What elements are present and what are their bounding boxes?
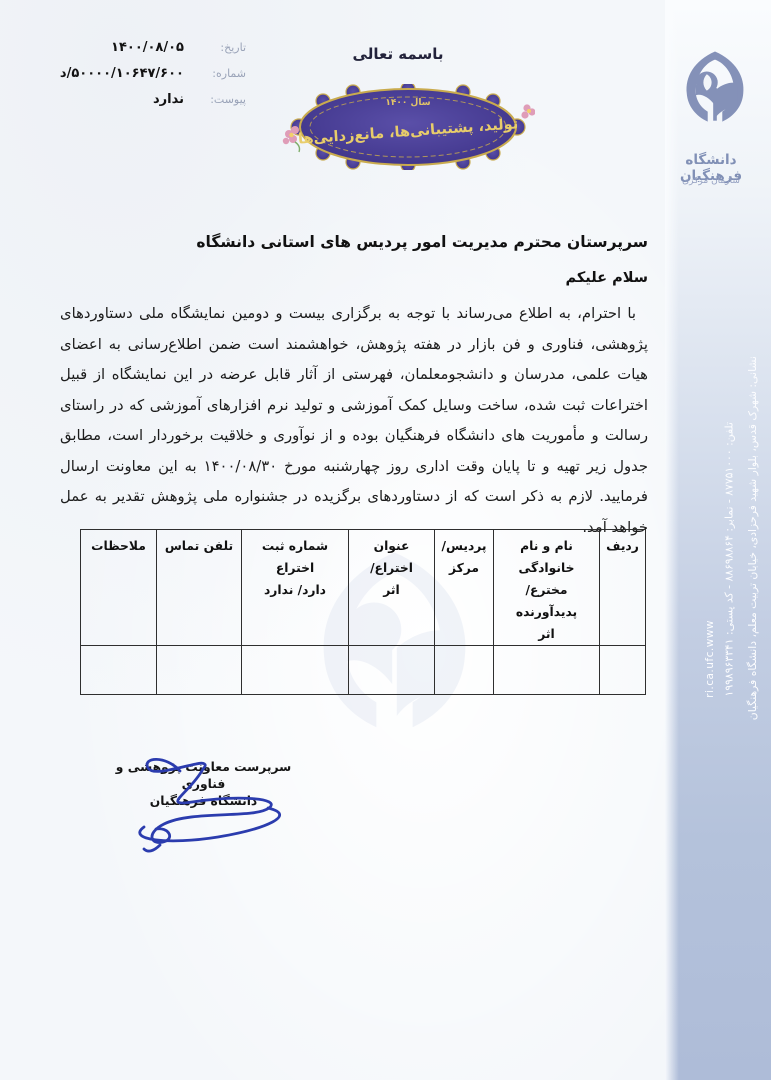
meta-date-row: تاریخ: ۱۴۰۰/۰۸/۰۵ xyxy=(28,40,246,55)
header-invention-title: عنوان اختراع/ اثر xyxy=(349,530,435,646)
letter-page: دانشگاه فرهنگیان سازمان مرکزی تاریخ: ۱۴۰… xyxy=(0,0,771,1080)
recipient-title: سرپرستان محترم مدیریت امور پردیس های است… xyxy=(60,233,648,251)
header-row-number: ردیف xyxy=(600,530,646,646)
salutation: سلام علیکم xyxy=(60,270,648,286)
number-value: د/۵۰۰۰۰/۱۰۶۴۷/۶۰۰ xyxy=(60,66,184,81)
sidebar-address: نشانی: شهرک قدس، بلوار شهید فرحزادی، خیا… xyxy=(745,356,761,720)
header-campus: پردیس/ مرکز xyxy=(435,530,494,646)
header-patent-number: شماره ثبت اختراع دارد/ ندارد xyxy=(242,530,349,646)
university-logo-icon xyxy=(674,48,756,146)
attachment-value: ندارد xyxy=(153,92,184,107)
empty-cell xyxy=(157,646,242,695)
number-label: شماره: xyxy=(194,67,246,80)
meta-attachment-row: پیوست: ندارد xyxy=(28,92,246,107)
meta-number-row: شماره: د/۵۰۰۰۰/۱۰۶۴۷/۶۰۰ xyxy=(28,66,246,81)
table-header-row: ردیف نام و نام خانوادگی مخترع/پدیدآورنده… xyxy=(81,530,646,646)
empty-cell xyxy=(494,646,600,695)
empty-cell xyxy=(600,646,646,695)
empty-cell xyxy=(81,646,157,695)
banner-year-label: سال ۱۴۰۰ xyxy=(385,98,430,108)
bismillah-text: باسمه تعالی xyxy=(328,45,468,63)
flower-left-icon xyxy=(283,126,300,152)
achievements-table-wrap: ردیف نام و نام خانوادگی مخترع/پدیدآورنده… xyxy=(80,529,645,695)
university-subtitle: سازمان مرکزی xyxy=(655,176,767,186)
header-inventor-name: نام و نام خانوادگی مخترع/پدیدآورنده اثر xyxy=(494,530,600,646)
empty-cell xyxy=(435,646,494,695)
year-slogan-banner: سال ۱۴۰۰ تولید، پشتیبانی‌ها، مانع‌زدایی‌… xyxy=(281,84,535,170)
sidebar-contacts: تلفن: ۸۷۷۵۱۰۰۰ - نمابر: ۸۸۶۹۸۸۶۴ - کد پس… xyxy=(721,422,737,696)
signature-scribble-icon xyxy=(106,747,311,857)
attachment-label: پیوست: xyxy=(194,93,246,106)
table-empty-row xyxy=(81,646,646,695)
empty-cell xyxy=(349,646,435,695)
empty-cell xyxy=(242,646,349,695)
date-label: تاریخ: xyxy=(194,41,246,54)
letter-meta: تاریخ: ۱۴۰۰/۰۸/۰۵ شماره: د/۵۰۰۰۰/۱۰۶۴۷/۶… xyxy=(28,40,246,118)
sidebar-website: www.cfu.ac.ir xyxy=(702,620,718,698)
header-phone: تلفن تماس xyxy=(157,530,242,646)
achievements-table: ردیف نام و نام خانوادگی مخترع/پدیدآورنده… xyxy=(80,529,646,695)
header-remarks: ملاحظات xyxy=(81,530,157,646)
flower-right-icon xyxy=(521,104,535,118)
date-value: ۱۴۰۰/۰۸/۰۵ xyxy=(111,40,184,55)
letter-body: با احترام، به اطلاع می‌رساند با توجه به … xyxy=(60,299,648,543)
letter-content: سرپرستان محترم مدیریت امور پردیس های است… xyxy=(60,233,648,543)
